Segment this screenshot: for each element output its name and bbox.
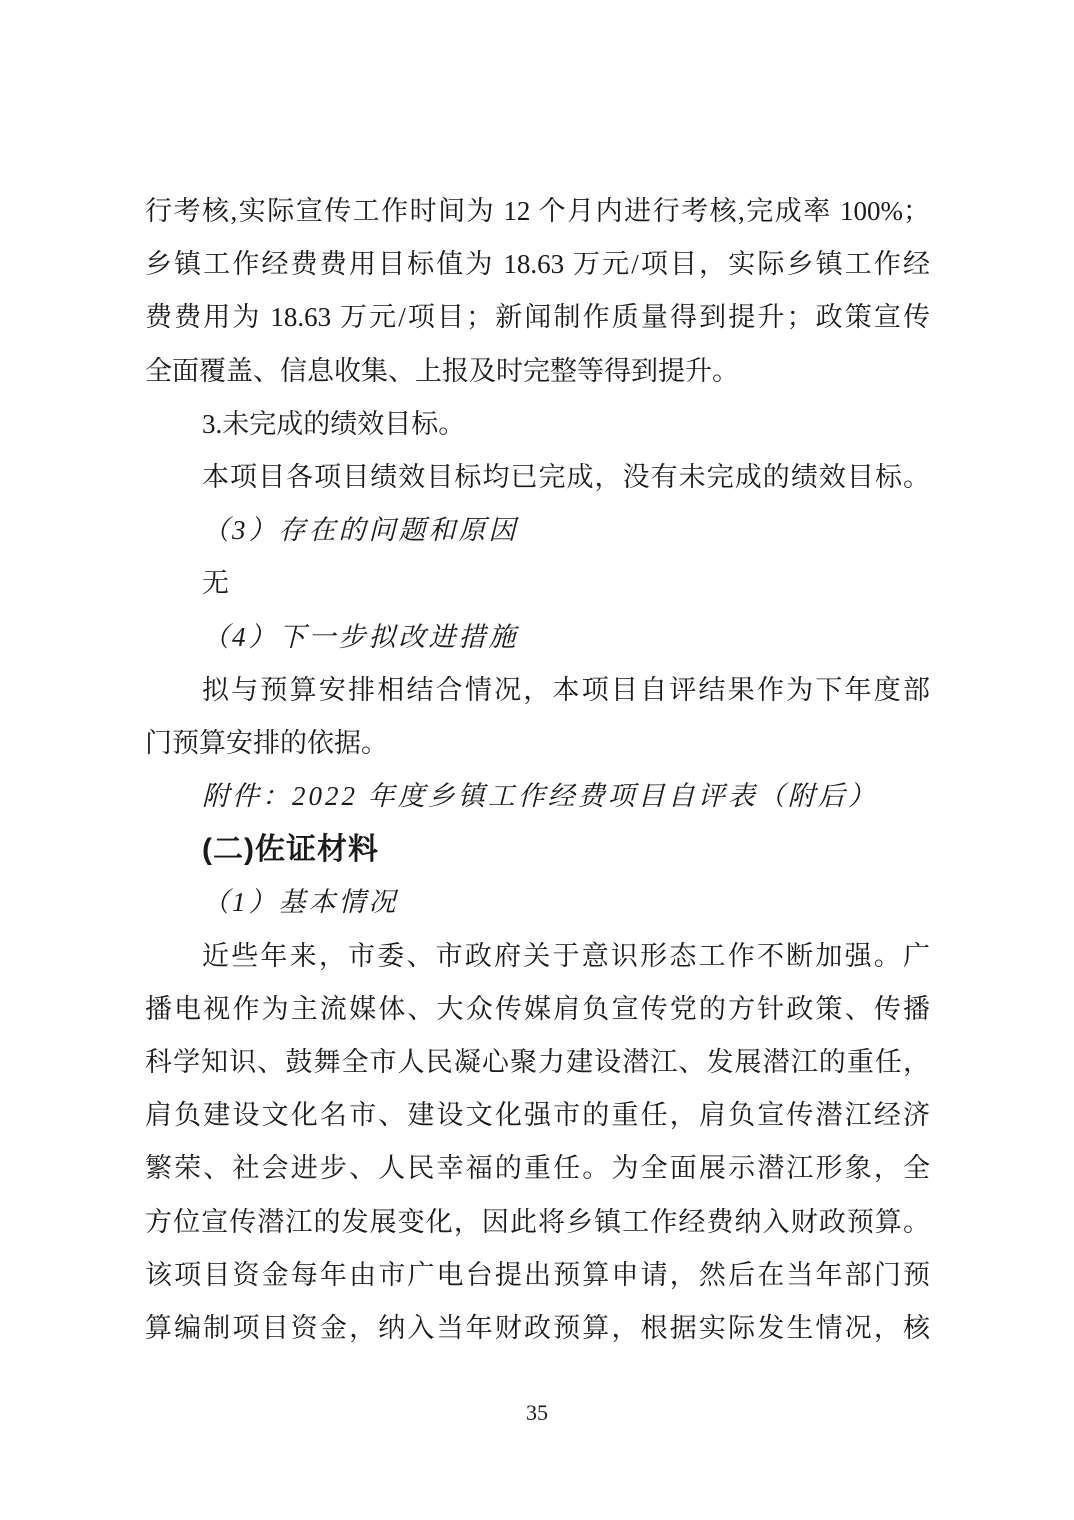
paragraph-line: 门预算安排的依据。 xyxy=(145,717,930,770)
paragraph-line: 科学知识、鼓舞全市人民凝心聚力建设潜江、发展潜江的重任， xyxy=(145,1036,930,1089)
paragraph-line: 肩负建设文化名市、建设文化强市的重任，肩负宣传潜江经济 xyxy=(145,1089,930,1142)
subheading-problems-and-causes: （3）存在的问题和原因 xyxy=(145,504,930,557)
paragraph-line: 近些年来，市委、市政府关于意识形态工作不断加强。广 xyxy=(145,930,930,983)
paragraph-line: 费费用为 18.63 万元/项目；新闻制作质量得到提升；政策宣传 xyxy=(145,291,930,344)
paragraph-line: 播电视作为主流媒体、大众传媒肩负宣传党的方针政策、传播 xyxy=(145,983,930,1036)
paragraph-line: 方位宣传潜江的发展变化，因此将乡镇工作经费纳入财政预算。 xyxy=(145,1196,930,1249)
paragraph-line: 该项目资金每年由市广电台提出预算申请，然后在当年部门预 xyxy=(145,1249,930,1302)
paragraph-line: 拟与预算安排相结合情况，本项目自评结果作为下年度部 xyxy=(145,664,930,717)
paragraph-line: 行考核,实际宣传工作时间为 12 个月内进行考核,完成率 100%； xyxy=(145,185,930,238)
subheading-improvement-measures: （4）下一步拟改进措施 xyxy=(145,611,930,664)
paragraph-line: 乡镇工作经费费用目标值为 18.63 万元/项目，实际乡镇工作经 xyxy=(145,238,930,291)
paragraph-line: 算编制项目资金，纳入当年财政预算，根据实际发生情况，核 xyxy=(145,1302,930,1355)
section-heading-evidence-materials: (二)佐证材料 xyxy=(145,823,930,876)
subheading-uncompleted-goals: 3.未完成的绩效目标。 xyxy=(145,398,930,451)
answer-none: 无 xyxy=(145,557,930,610)
paragraph-line: 本项目各项目绩效目标均已完成，没有未完成的绩效目标。 xyxy=(145,451,930,504)
document-text-block: 行考核,实际宣传工作时间为 12 个月内进行考核,完成率 100%； 乡镇工作经… xyxy=(145,185,930,1355)
page-number: 35 xyxy=(0,1398,1074,1428)
attachment-note: 附件：2022 年度乡镇工作经费项目自评表（附后） xyxy=(145,770,930,823)
paragraph-line: 繁荣、社会进步、人民幸福的重任。为全面展示潜江形象，全 xyxy=(145,1142,930,1195)
document-page: 行考核,实际宣传工作时间为 12 个月内进行考核,完成率 100%； 乡镇工作经… xyxy=(0,0,1074,1520)
paragraph-line: 全面覆盖、信息收集、上报及时完整等得到提升。 xyxy=(145,345,930,398)
subheading-basic-situation: （1）基本情况 xyxy=(145,876,930,929)
